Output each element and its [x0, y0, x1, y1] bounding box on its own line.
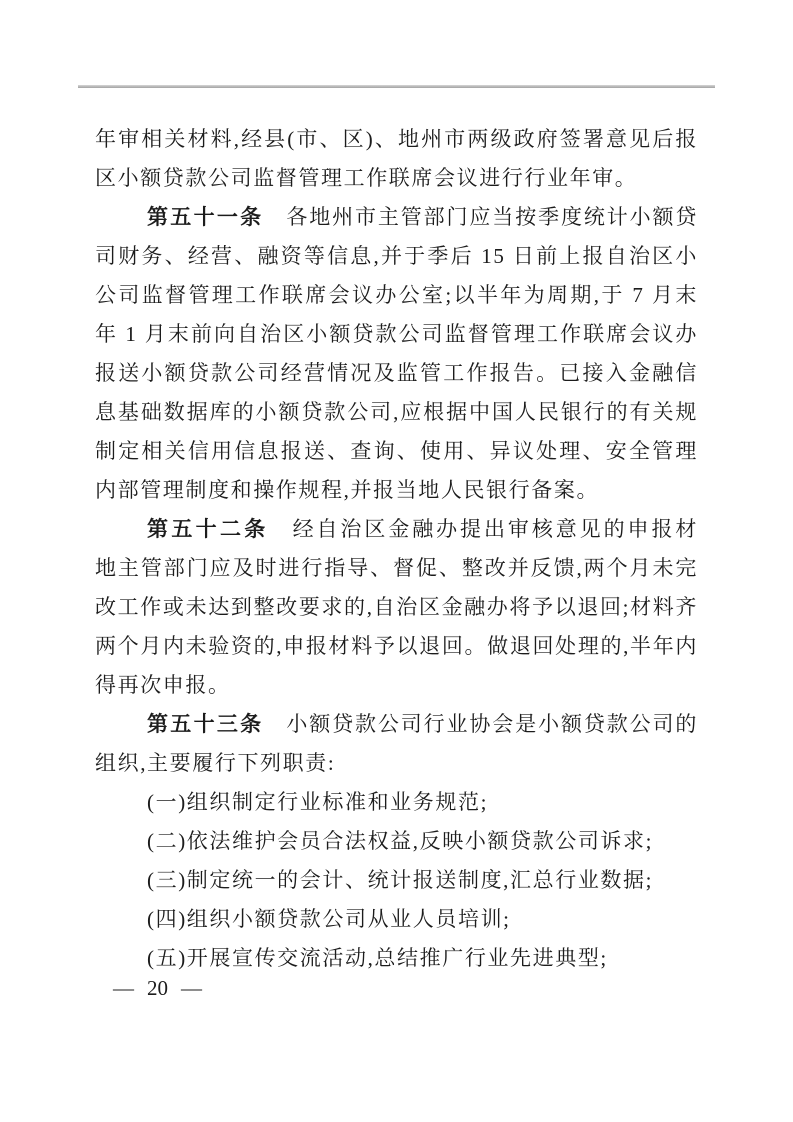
- article-number: 第五十一条: [147, 206, 263, 229]
- text-line: 司财务、经营、融资等信息,并于季后 15 日前上报自治区小额贷款: [95, 237, 698, 276]
- list-item-3: (三)制定统一的会计、统计报送制度,汇总行业数据;: [95, 861, 698, 900]
- header-rule-divider: [78, 85, 715, 88]
- text-line: 息基础数据库的小额贷款公司,应根据中国人民银行的有关规定,: [95, 393, 698, 432]
- document-page: 年审相关材料,经县(市、区)、地州市两级政府签署意见后报自治 区小额贷款公司监督…: [0, 0, 793, 1122]
- text-line: 地主管部门应及时进行指导、督促、整改并反馈,两个月未完成整: [95, 549, 698, 588]
- page-number-footer: —20—: [113, 976, 202, 1000]
- text-line: 改工作或未达到整改要求的,自治区金融办将予以退回;材料齐备: [95, 588, 698, 627]
- article-number: 第五十二条: [147, 518, 269, 541]
- footer-dash-left: —: [113, 976, 134, 1000]
- text-line: 得再次申报。: [95, 666, 698, 705]
- footer-dash-right: —: [181, 976, 202, 1000]
- text-line: 年审相关材料,经县(市、区)、地州市两级政府签署意见后报自治: [95, 120, 698, 159]
- list-item-1: (一)组织制定行业标准和业务规范;: [95, 783, 698, 822]
- document-body: 年审相关材料,经县(市、区)、地州市两级政府签署意见后报自治 区小额贷款公司监督…: [95, 120, 698, 978]
- article-51-first-line: 第五十一条 各地州市主管部门应当按季度统计小额贷款公: [95, 198, 698, 237]
- text-line: 年 1 月末前向自治区小额贷款公司监督管理工作联席会议办公室: [95, 315, 698, 354]
- list-item-2: (二)依法维护会员合法权益,反映小额贷款公司诉求;: [95, 822, 698, 861]
- list-item-4: (四)组织小额贷款公司从业人员培训;: [95, 900, 698, 939]
- list-item-5: (五)开展宣传交流活动,总结推广行业先进典型;: [95, 939, 698, 978]
- text-line: 制定相关信用信息报送、查询、使用、异议处理、安全管理等方面的: [95, 432, 698, 471]
- article-53-first-line: 第五十三条 小额贷款公司行业协会是小额贷款公司的自律: [95, 705, 698, 744]
- page-number: 20: [147, 976, 168, 1000]
- text-line: 组织,主要履行下列职责:: [95, 744, 698, 783]
- article-52-first-line: 第五十二条 经自治区金融办提出审核意见的申报材料,各: [95, 510, 698, 549]
- text-line: 区小额贷款公司监督管理工作联席会议进行行业年审。: [95, 159, 698, 198]
- text-line: 公司监督管理工作联席会议办公室;以半年为周期,于 7 月末及次: [95, 276, 698, 315]
- text-line: 两个月内未验资的,申报材料予以退回。做退回处理的,半年内不: [95, 627, 698, 666]
- text-line: 报送小额贷款公司经营情况及监管工作报告。已接入金融信用信: [95, 354, 698, 393]
- text-line: 内部管理制度和操作规程,并报当地人民银行备案。: [95, 471, 698, 510]
- article-number: 第五十三条: [147, 713, 263, 736]
